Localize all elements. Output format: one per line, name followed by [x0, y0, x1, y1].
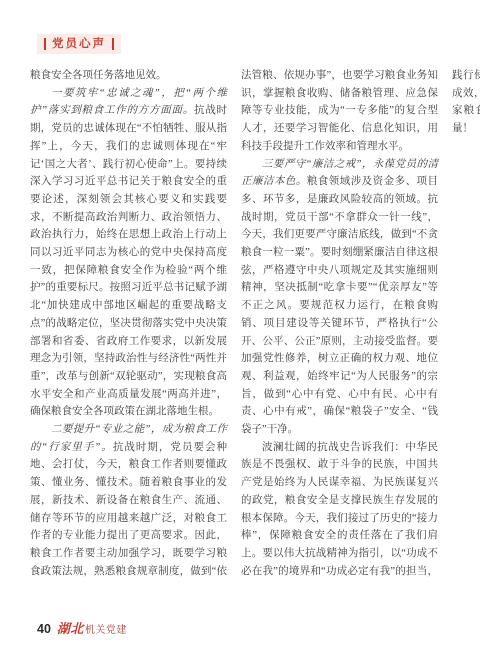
article-body: 粮食安全各项任务落地见效。 一要筑牢“忠诚之魂”，把“两个维护”落实到粮食工作的… [30, 67, 438, 598]
header-right-bar-icon [112, 38, 114, 50]
page-footer: 40 湖北 机关党建 [37, 618, 127, 637]
magazine-logo-rest: 机关党建 [85, 621, 127, 636]
paragraph-first-point: 一要筑牢“忠诚之魂”，把“两个维护”落实到粮食工作的方方面面。抗战时期，党员的忠… [30, 85, 227, 421]
header-left-bar-icon [44, 38, 46, 50]
section-title: 党员心声 [52, 37, 106, 51]
paragraph-text: 抗战时期，党员的忠诚体现在“不怕牺牲、服从指挥”上，今天，我们的忠诚则体现在“牢… [30, 105, 227, 417]
paragraph-text: 粮食领域涉及资金多、项目多、环节多，是廉政风险较高的领域。抗战时期，党员干部“不… [241, 176, 438, 435]
magazine-logo-script: 湖北 [57, 618, 84, 637]
section-header: 党员心声 [37, 34, 121, 54]
paragraph-third-point: 三要严守“廉洁之戒”，永葆党员的清正廉洁本色。粮食领域涉及资金多、项目多、环节多… [241, 156, 438, 439]
page-number: 40 [37, 622, 51, 636]
author-attribution: （作者单位：省粮食局） [473, 123, 480, 134]
paragraph-text: 粮食安全各项任务落地见效。 [30, 70, 167, 81]
paragraph-continuation: 粮食安全各项任务落地见效。 [30, 67, 227, 85]
magazine-page: 党员心声 粮食安全各项任务落地见效。 一要筑牢“忠诚之魂”，把“两个维护”落实到… [0, 0, 480, 651]
